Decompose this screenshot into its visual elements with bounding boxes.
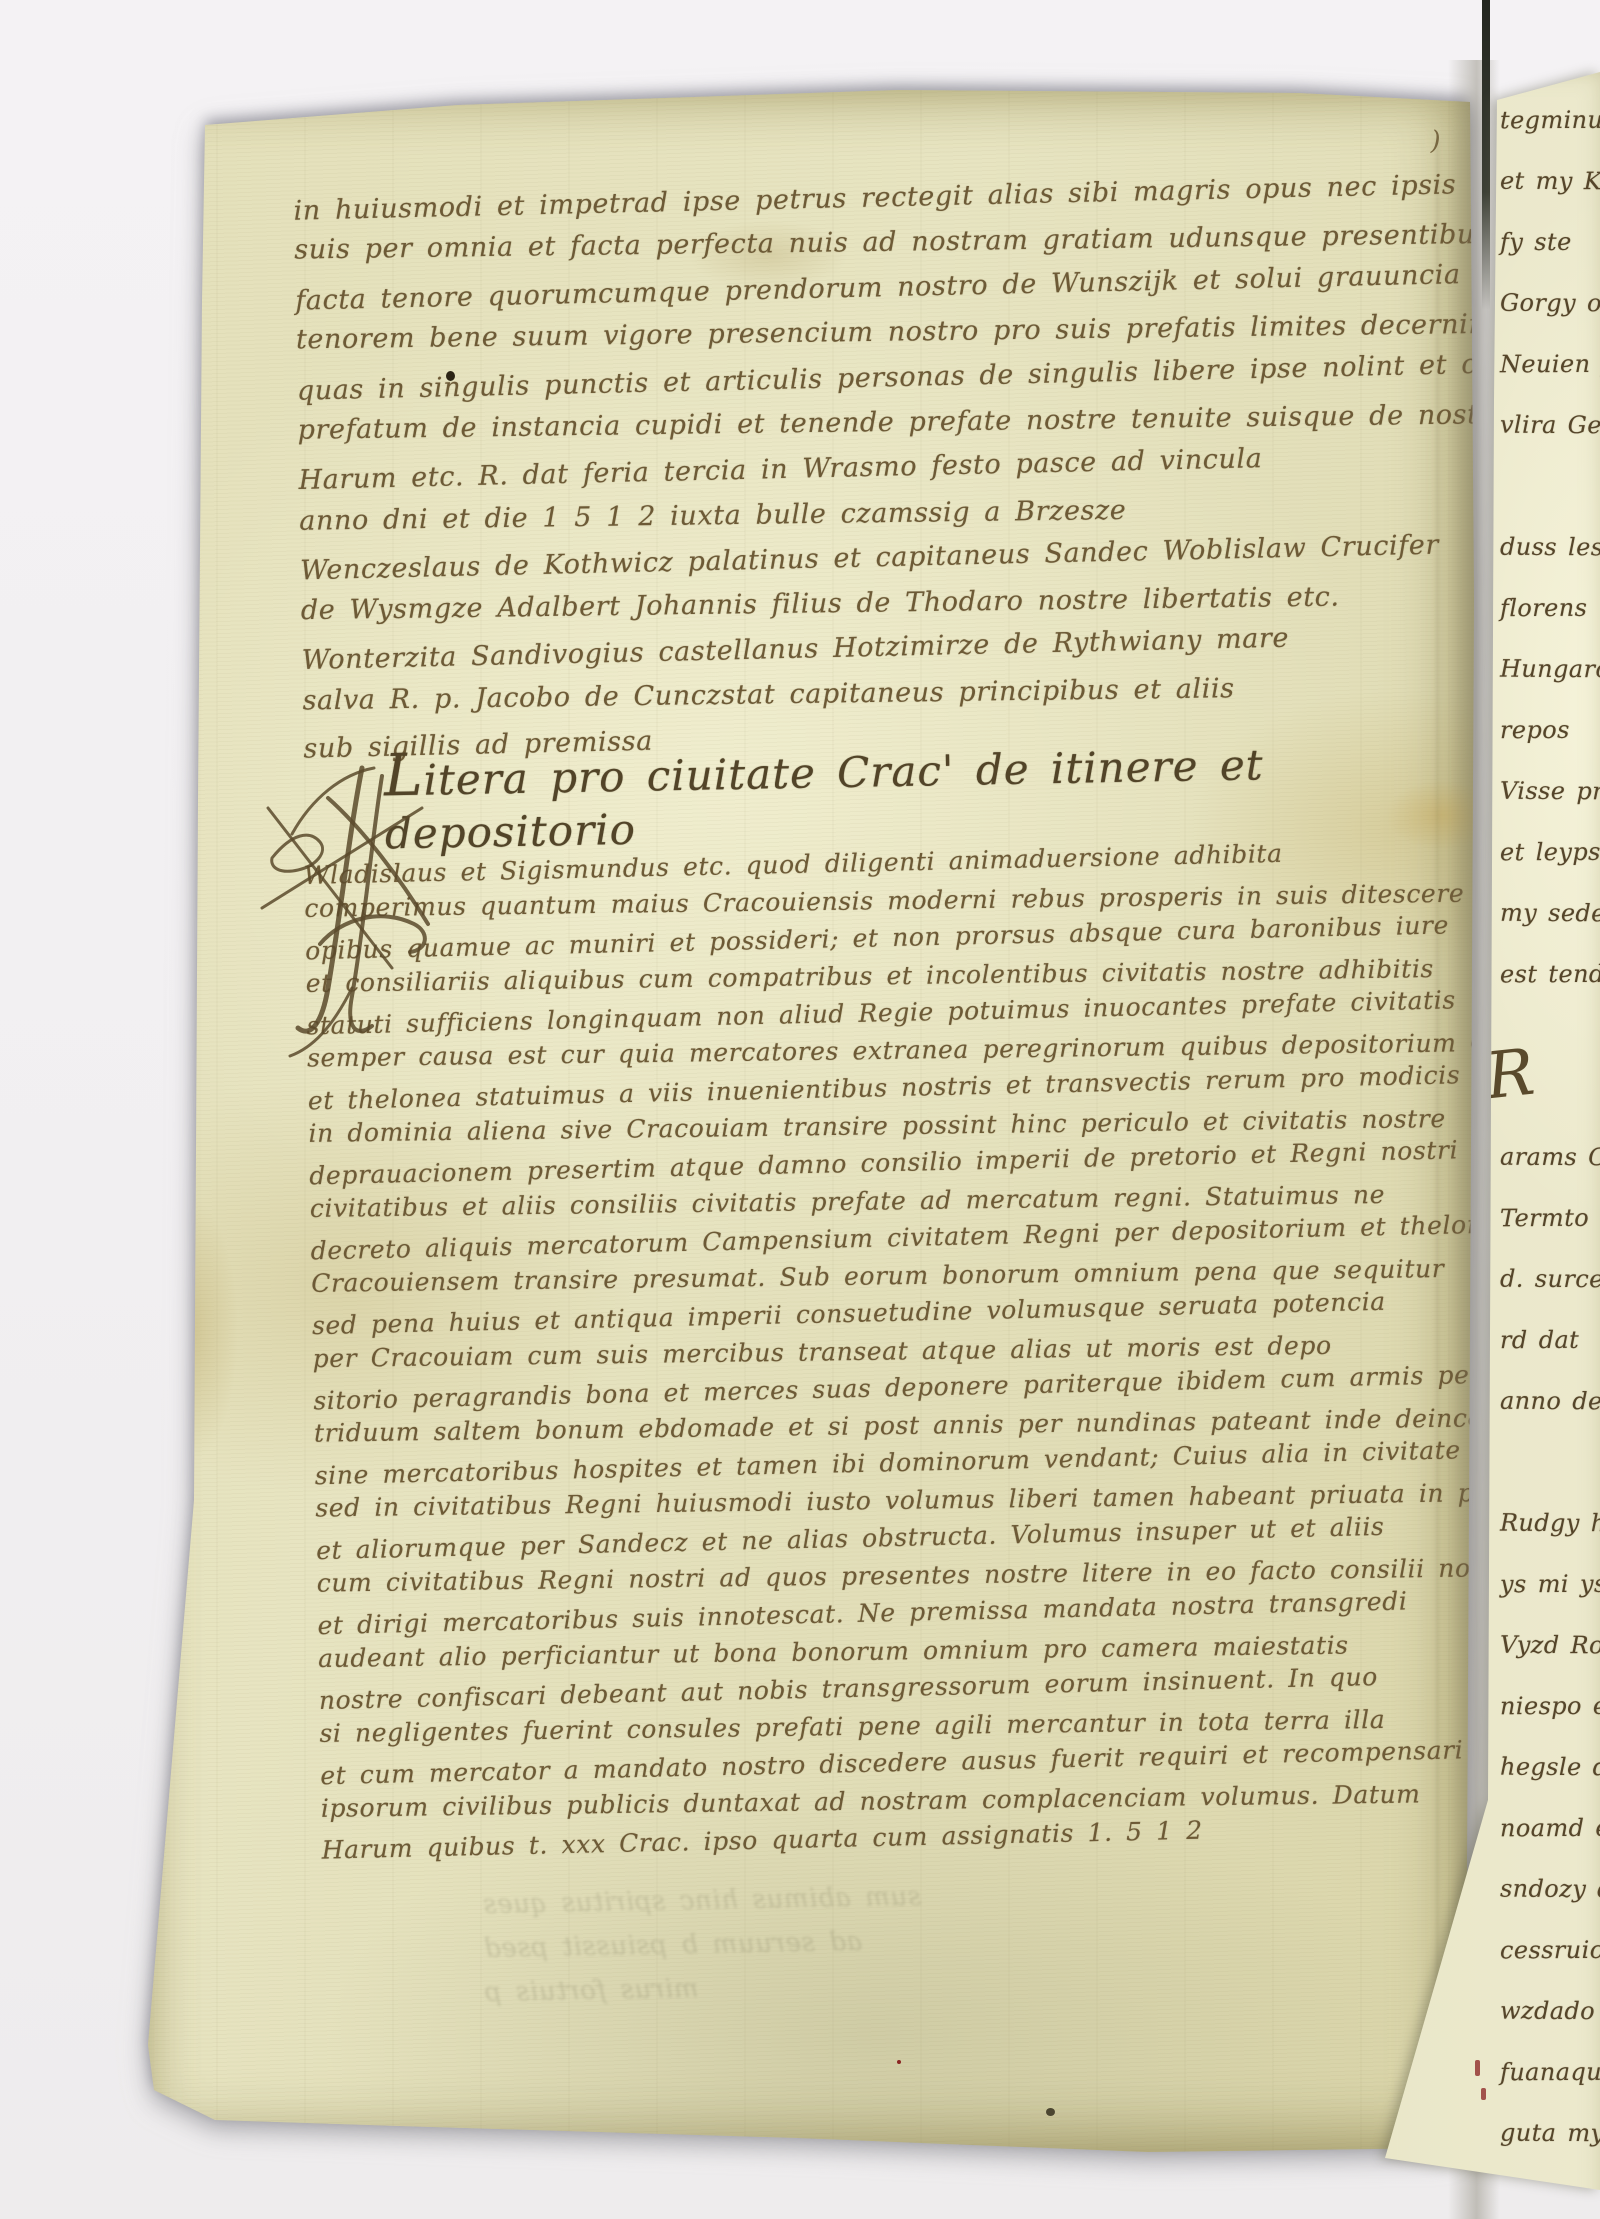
manuscript-line-fragment: Vyzd Ro — [1500, 1631, 1600, 1660]
right-page-shadow: tegminus det my Kafy steGorgy ocNeuien f… — [1270, 60, 1600, 2219]
manuscript-line-fragment: my sede — [1500, 899, 1600, 928]
manuscript-line-fragment: est tende rid — [1500, 960, 1600, 989]
ghost-line: ad seruum b psiussit psed — [483, 1927, 862, 1964]
margin-flourish-mark — [232, 738, 462, 1068]
manuscript-line-fragment: arams Oc — [1500, 1143, 1600, 1172]
right-page: tegminus det my Kafy steGorgy ocNeuien f… — [1270, 60, 1600, 2219]
red-ink-dot — [897, 2060, 901, 2064]
red-edge-stain — [1475, 2060, 1480, 2076]
manuscript-line: salva R. p. Jacobo de Cunczstat capitane… — [302, 673, 1234, 716]
manuscript-line-fragment: duss les — [1500, 533, 1600, 562]
manuscript-line: Wenczeslaus de Kothwicz palatinus et cap… — [300, 530, 1439, 587]
manuscript-line-fragment: sndozy dyela — [1500, 1875, 1600, 1904]
ink-blot — [446, 371, 455, 381]
right-page-initial: R — [1482, 1036, 1538, 1115]
manuscript-line-fragment: niespo et — [1500, 1692, 1600, 1721]
right-page-text: tegminus det my Kafy steGorgy ocNeuien f… — [1500, 106, 1600, 2186]
manuscript-line-fragment: Gorgy oc — [1500, 289, 1600, 318]
manuscript-line-fragment: Neuien fuy — [1500, 350, 1600, 379]
manuscript-line-fragment: fuanaqua — [1500, 2058, 1600, 2087]
manuscript-scan: in huiusmodi et impetrad ipse petrus rec… — [0, 0, 1600, 2219]
manuscript-line: Harum etc. R. dat feria tercia in Wrasmo… — [298, 443, 1263, 496]
manuscript-line-fragment: guta my ad — [1500, 2119, 1600, 2148]
manuscript-line-fragment: hegsle da — [1500, 1753, 1600, 1782]
ghost-line: mirus fortuis p — [484, 1974, 699, 2008]
manuscript-line-fragment: repos — [1500, 716, 1570, 744]
manuscript-line-fragment: wzdado ussy — [1500, 1997, 1600, 2026]
manuscript-line: de Wysmgze Adalbert Johannis filius de T… — [301, 582, 1340, 627]
manuscript-line-fragment: Termto — [1500, 1204, 1589, 1232]
manuscript-line-fragment: florens — [1500, 594, 1587, 622]
manuscript-line: Wonterzita Sandivogius castellanus Hotzi… — [301, 623, 1289, 676]
manuscript-line-fragment: vlira Gern — [1500, 411, 1600, 440]
manuscript-line-fragment: rd dat — [1500, 1326, 1579, 1354]
closing-clause-block: in huiusmodi et impetrad ipse petrus rec… — [293, 172, 1434, 813]
manuscript-line-fragment: Hungaror — [1500, 655, 1600, 684]
manuscript-line-fragment: Rudgy hy — [1500, 1509, 1600, 1538]
ink-blot — [1046, 2108, 1055, 2116]
manuscript-line-fragment: tegminus d — [1500, 106, 1600, 135]
manuscript-line-fragment: noamd et — [1500, 1814, 1600, 1843]
manuscript-line-fragment: et my Ka — [1500, 167, 1600, 196]
manuscript-line-fragment: fy ste — [1500, 228, 1572, 256]
manuscript-line: anno dni et die 1 5 1 2 iuxta bulle czam… — [299, 495, 1127, 537]
red-edge-stain — [1481, 2088, 1486, 2100]
manuscript-line: Harum quibus t. xxx Crac. ipso quarta cu… — [321, 1816, 1203, 1865]
manuscript-line-fragment: anno de — [1500, 1387, 1600, 1416]
manuscript-line-fragment: ys mi ysiar — [1500, 1570, 1600, 1599]
manuscript-line-fragment: Visse pr — [1500, 777, 1600, 806]
manuscript-line-fragment: d. surcesso — [1500, 1265, 1600, 1294]
manuscript-line-fragment: cessruic my — [1500, 1936, 1600, 1965]
manuscript-line-fragment: et leypsler — [1500, 838, 1600, 867]
